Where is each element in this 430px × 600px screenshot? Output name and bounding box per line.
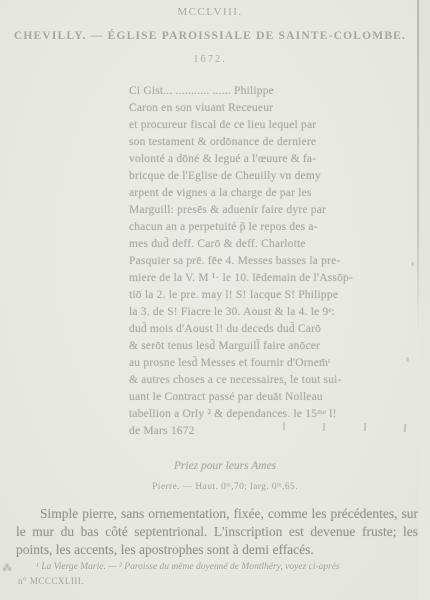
inscription-line: et procureur fiscal de ce lieu lequel pa… [129,117,379,134]
inscription-line: chacun an a perpetuité p̃ le repos des a… [129,219,379,236]
footnote-line-1: ¹ La Vierge Marie. — ² Paroisse du même … [16,562,420,572]
entry-title: CHEVILLY. — ÉGLISE PAROISSIALE DE SAINTE… [0,30,420,42]
inscription-line: tabellion a Orly ² & dependances. le 15ᵐ… [129,406,379,423]
inscription-line: dud̄ mois d'Aoust l! du deceds dud̄ Carō [129,321,379,338]
footnote-line-2: n° MCCCXLIII. [18,576,84,586]
inscription-line: mes dud̄ deff. Carō & deff. Charlotte [129,236,379,253]
inscription-line: Ci Gist... ........... ...... Philippe [129,83,379,100]
scan-edge-shadow [417,0,419,335]
inscription-line: arpent de vignes a la charge de par les [129,185,379,202]
scan-artifact [411,262,414,266]
commentary-paragraph: Simple pierre, sans ornementation, fixée… [16,505,418,559]
inscription-line: uant le Contract passé par deuāt Nolleau [129,389,379,406]
inscription-line: au prosne lesd̄ Messes et fournir d'Orne… [129,355,379,372]
inscription-line: & serōt tenus lesd̄ Marguill̄ faire anōc… [129,338,379,355]
scan-smudge: ⁂ [2,563,16,575]
inscription-line: son testament & ordōnance de derniere [129,134,379,151]
entry-year: 1672. [0,54,420,65]
inscription-line: miere de la V. M ¹· le 10. lēdemain de l… [129,270,379,287]
inscription-line: Marguill: presēs & aduenir faire dyre pa… [129,202,379,219]
scan-artifact [404,424,406,432]
stone-dimensions: Pierre. — Haut. 0ᵐ,70; larg. 0ᵐ,65. [60,482,390,492]
scanned-book-page: MCCLVIII. CHEVILLY. — ÉGLISE PAROISSIALE… [0,0,430,600]
inscription-line: tiō la 2. le pre. may l! S! Iacque S! Ph… [129,287,379,304]
inscription-transcript: Ci Gist... ........... ...... PhilippeCa… [129,83,379,440]
inscription-line: volonté a dōné & legué a l'œuure & fa- [129,151,379,168]
scan-edge-strip [419,0,430,600]
inscription-line: de Mars 1672 [129,423,379,440]
inscription-line: Pasquier sa prē. fēe 4. Messes basses la… [129,253,379,270]
inscription-line: & autres choses a ce necessaires, le tou… [129,372,379,389]
inscription-line: bricque de l'Eglise de Cheuilly vn demy [129,168,379,185]
prayer-line: Priez pour leurs Ames [80,460,370,472]
inscription-line: Caron en son viuant Receueur [129,100,379,117]
scan-artifact [406,357,409,362]
inscription-line: la 3. de S! Fiacre le 30. Aoust & la 4. … [129,304,379,321]
entry-number: MCCLVIII. [0,6,420,18]
